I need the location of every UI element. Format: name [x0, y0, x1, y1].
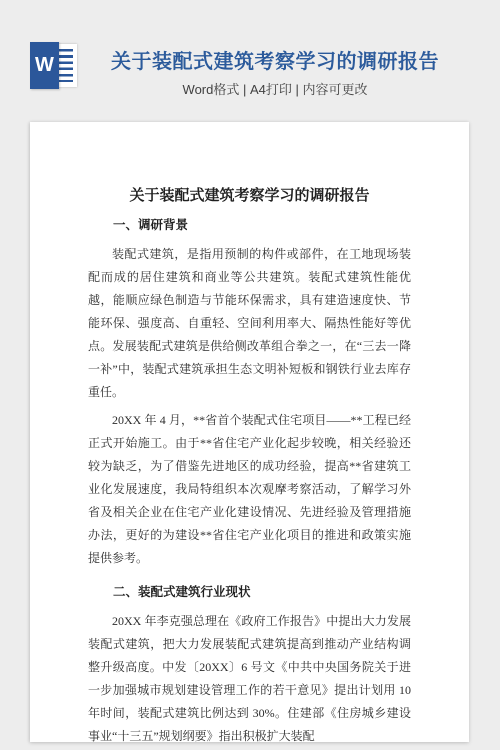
word-logo-w: W — [30, 42, 59, 89]
document-page: 关于装配式建筑考察学习的调研报告 一、调研背景 装配式建筑，是指用预制的构件或部… — [30, 122, 469, 742]
document-title: 关于装配式建筑考察学习的调研报告 — [88, 185, 411, 207]
document-content: 关于装配式建筑考察学习的调研报告 一、调研背景 装配式建筑，是指用预制的构件或部… — [30, 122, 469, 748]
paragraph: 装配式建筑，是指用预制的构件或部件，在工地现场装配而成的居住建筑和商业等公共建筑… — [88, 243, 411, 404]
page-title: 关于装配式建筑考察学习的调研报告 — [60, 45, 490, 74]
section-heading-2: 二、装配式建筑行业现状 — [88, 584, 411, 600]
paragraph: 20XX 年李克强总理在《政府工作报告》中提出大力发展装配式建筑，把大力发展装配… — [88, 610, 411, 748]
section-heading-1: 一、调研背景 — [88, 217, 411, 233]
page-subtitle: Word格式 | A4打印 | 内容可更改 — [60, 79, 490, 98]
header: W 关于装配式建筑考察学习的调研报告 Word格式 | A4打印 | 内容可更改 — [0, 0, 500, 122]
paragraph: 20XX 年 4 月，**省首个装配式住宅项目——**工程已经正式开始施工。由于… — [88, 409, 411, 570]
